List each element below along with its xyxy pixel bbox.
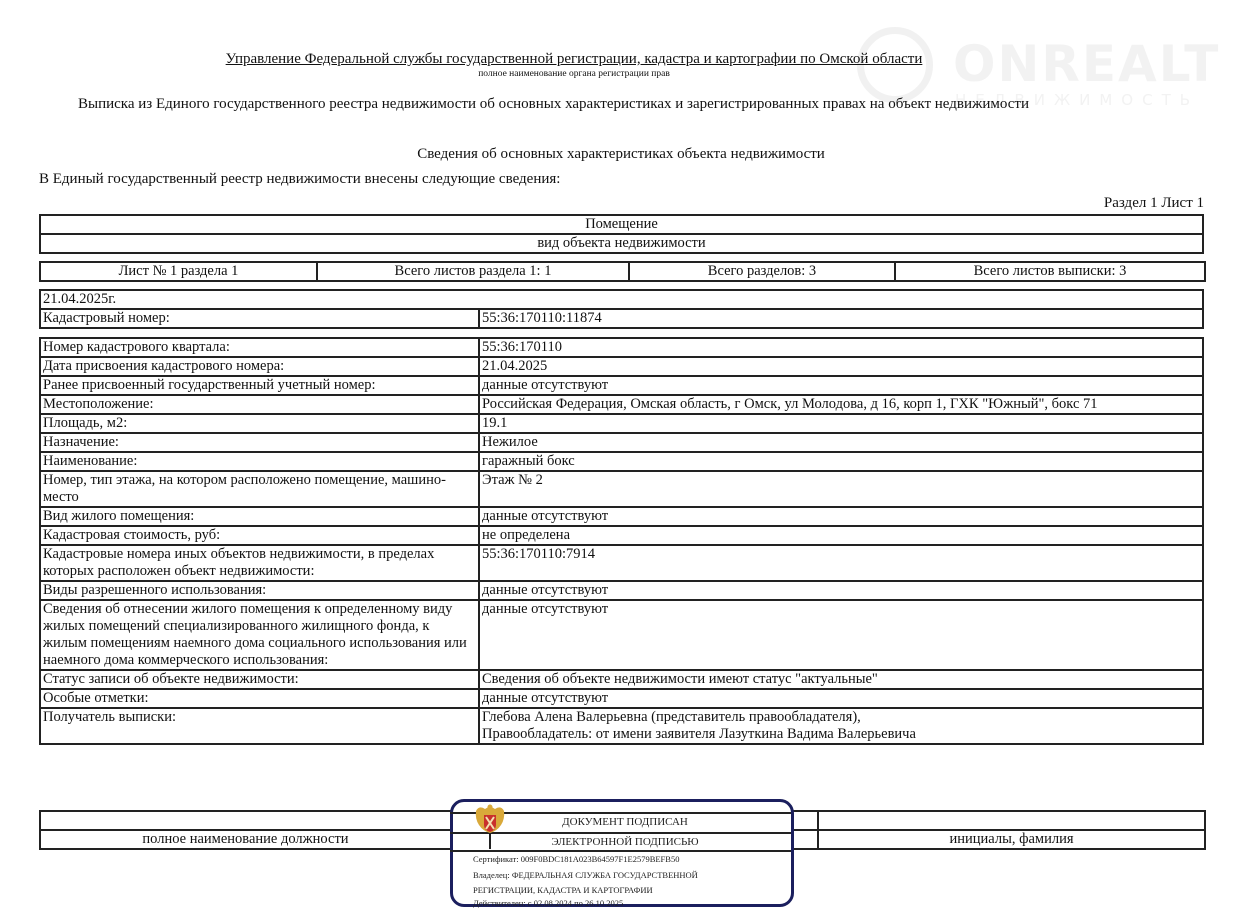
row-label: Кадастровая стоимость, руб: [40, 526, 479, 545]
row-label: Номер, тип этажа, на котором расположено… [40, 471, 479, 507]
section-count: Всего разделов: 3 [629, 262, 895, 281]
extract-title: Выписка из Единого государственного реес… [78, 96, 1029, 113]
intro-text: В Единый государственный реестр недвижим… [39, 171, 560, 188]
table-row: Статус записи об объекте недвижимости:Св… [40, 670, 1203, 689]
row-label: Кадастровые номера иных объектов недвижи… [40, 545, 479, 581]
row-value: данные отсутствуют [479, 507, 1203, 526]
row-value: данные отсутствуют [479, 376, 1203, 395]
row-value: данные отсутствуют [479, 600, 1203, 670]
header-table: 21.04.2025г. Кадастровый номер: 55:36:17… [39, 289, 1204, 329]
row-label: Статус записи об объекте недвижимости: [40, 670, 479, 689]
table-row: Дата присвоения кадастрового номера:21.0… [40, 357, 1203, 376]
characteristics-table: Номер кадастрового квартала:55:36:170110… [39, 337, 1204, 745]
row-label: Назначение: [40, 433, 479, 452]
row-label: Ранее присвоенный государственный учетны… [40, 376, 479, 395]
table-row: Вид жилого помещения:данные отсутствуют [40, 507, 1203, 526]
section-sheet-count: Всего листов раздела 1: 1 [317, 262, 629, 281]
row-value: Российская Федерация, Омская область, г … [479, 395, 1203, 414]
table-row: Сведения об отнесении жилого помещения к… [40, 600, 1203, 670]
table-row: Номер, тип этажа, на котором расположено… [40, 471, 1203, 507]
row-label: Площадь, м2: [40, 414, 479, 433]
table-row: Наименование:гаражный бокс [40, 452, 1203, 471]
object-type-table: Помещение вид объекта недвижимости [39, 214, 1204, 254]
row-value: 55:36:170110 [479, 338, 1203, 357]
row-value: 19.1 [479, 414, 1203, 433]
row-value: Нежилое [479, 433, 1203, 452]
table-row: Кадастровые номера иных объектов недвижи… [40, 545, 1203, 581]
table-row: Получатель выписки:Глебова Алена Валерье… [40, 708, 1203, 744]
stamp-validity: Действителен: с 02.08.2024 по 26.10.2025 [473, 898, 623, 908]
table-row: Особые отметки:данные отсутствуют [40, 689, 1203, 708]
row-value: Глебова Алена Валерьевна (представитель … [479, 708, 1203, 744]
sheet-reference: Раздел 1 Лист 1 [1104, 195, 1204, 212]
row-label: Номер кадастрового квартала: [40, 338, 479, 357]
authority-caption: полное наименование органа регистрации п… [0, 69, 1148, 79]
row-label: Виды разрешенного использования: [40, 581, 479, 600]
row-label: Получатель выписки: [40, 708, 479, 744]
table-row: Номер кадастрового квартала:55:36:170110 [40, 338, 1203, 357]
row-label: Местоположение: [40, 395, 479, 414]
table-row: Назначение:Нежилое [40, 433, 1203, 452]
row-value: 55:36:170110:7914 [479, 545, 1203, 581]
record-date: 21.04.2025г. [40, 290, 1203, 309]
table-row: Площадь, м2:19.1 [40, 414, 1203, 433]
row-value: данные отсутствуют [479, 581, 1203, 600]
row-value: гаражный бокс [479, 452, 1203, 471]
row-value: Сведения об объекте недвижимости имеют с… [479, 670, 1203, 689]
table-row: Виды разрешенного использования:данные о… [40, 581, 1203, 600]
section-title: Сведения об основных характеристиках объ… [0, 146, 1242, 163]
row-label: Вид жилого помещения: [40, 507, 479, 526]
sheet-number: Лист № 1 раздела 1 [40, 262, 317, 281]
row-value: Этаж № 2 [479, 471, 1203, 507]
stamp-owner-2: РЕГИСТРАЦИИ, КАДАСТРА И КАРТОГРАФИИ [473, 885, 653, 895]
stamp-certificate: Сертификат: 009F0BDC181A023B64597F1E2579… [473, 854, 679, 864]
position-caption: полное наименование должности [40, 830, 451, 849]
authority-name: Управление Федеральной службы государств… [0, 51, 1148, 68]
row-label: Особые отметки: [40, 689, 479, 708]
stamp-owner-1: Владелец: ФЕДЕРАЛЬНАЯ СЛУЖБА ГОСУДАРСТВЕ… [473, 870, 698, 880]
row-label: Сведения об отнесении жилого помещения к… [40, 600, 479, 670]
row-label: Наименование: [40, 452, 479, 471]
object-type-caption: вид объекта недвижимости [40, 234, 1203, 253]
table-row: Местоположение:Российская Федерация, Омс… [40, 395, 1203, 414]
table-row: Ранее присвоенный государственный учетны… [40, 376, 1203, 395]
object-type-value: Помещение [40, 215, 1203, 234]
stamp-line-1: ДОКУМЕНТ ПОДПИСАН [453, 816, 797, 828]
extract-sheet-count: Всего листов выписки: 3 [895, 262, 1205, 281]
table-row: Кадастровая стоимость, руб:не определена [40, 526, 1203, 545]
name-caption: инициалы, фамилия [818, 830, 1205, 849]
row-label: Дата присвоения кадастрового номера: [40, 357, 479, 376]
row-value: данные отсутствуют [479, 689, 1203, 708]
stamp-line-2: ЭЛЕКТРОННОЙ ПОДПИСЬЮ [453, 836, 797, 848]
sheets-table: Лист № 1 раздела 1 Всего листов раздела … [39, 261, 1206, 282]
row-value: не определена [479, 526, 1203, 545]
row-value: 21.04.2025 [479, 357, 1203, 376]
cadastral-number-value: 55:36:170110:11874 [479, 309, 1203, 328]
electronic-signature-stamp: ДОКУМЕНТ ПОДПИСАН ЭЛЕКТРОННОЙ ПОДПИСЬЮ С… [450, 799, 794, 907]
cadastral-number-label: Кадастровый номер: [40, 309, 479, 328]
